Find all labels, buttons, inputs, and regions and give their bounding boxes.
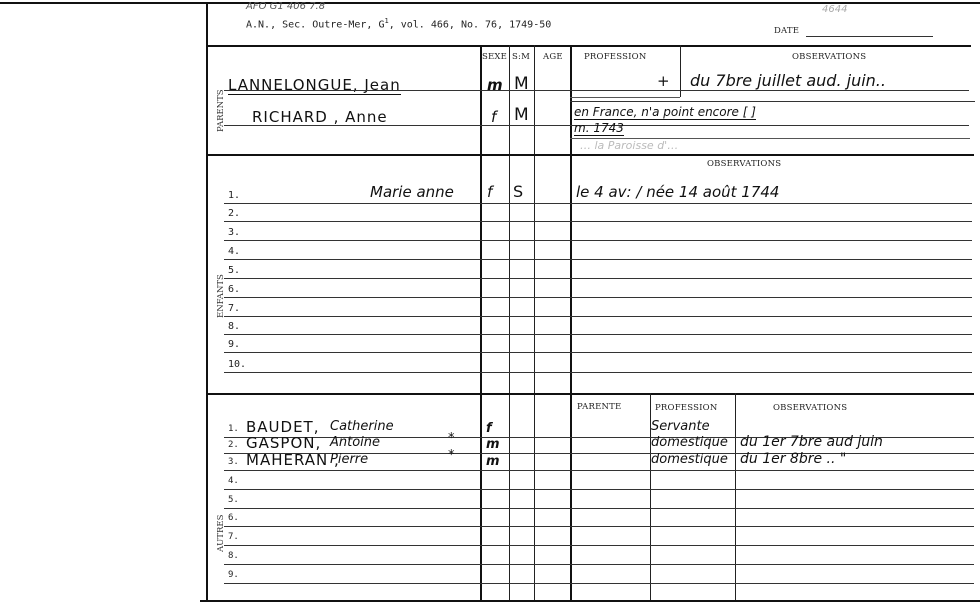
col-header-observations-autres: OBSERVATIONS xyxy=(773,403,847,413)
archive-code: AFO G1 406 7.8 xyxy=(246,1,325,12)
autre-row-rule xyxy=(224,545,974,546)
enfant-observation: le 4 av: / née 14 août 1744 xyxy=(576,183,779,201)
col-header-profession: PROFESSION xyxy=(584,52,646,62)
col-header-sm: S:M xyxy=(512,52,530,62)
col-header-parente: PARENTE xyxy=(577,402,621,412)
form-left-border xyxy=(206,3,208,600)
enfants-autres-divider xyxy=(206,393,974,395)
enfant-row-number: 2. xyxy=(228,208,240,219)
enfant-row-number: 7. xyxy=(228,303,240,314)
enfant-row-number: 5. xyxy=(228,265,240,276)
enfants-observations-header: OBSERVATIONS xyxy=(707,159,781,169)
source-citation: A.N., Sec. Outre-Mer, G1, vol. 466, No. … xyxy=(246,17,551,30)
enfant-row-number: 8. xyxy=(228,321,240,332)
autre-given-name: Antoine xyxy=(330,435,380,450)
autre-row-rule xyxy=(224,489,974,490)
enfant-row-number: 6. xyxy=(228,284,240,295)
source-rest: , vol. 466, No. 76, 1749-50 xyxy=(389,19,552,30)
autre-given-name: Pierre xyxy=(330,452,368,467)
enfant-row-rule xyxy=(224,334,972,335)
col-header-observations: OBSERVATIONS xyxy=(792,52,866,62)
enfant-name: Marie anne xyxy=(370,183,454,201)
autre-sexe: m xyxy=(486,437,500,452)
col-line-name-sexe xyxy=(480,45,482,600)
autre-mark: * xyxy=(448,431,455,446)
parents-enfants-divider xyxy=(206,154,974,156)
enfant-row-rule xyxy=(224,372,972,373)
enfant-sm: S xyxy=(513,182,523,201)
autre-row-number: 8. xyxy=(228,551,239,561)
enfant-row-rule xyxy=(224,352,972,353)
col-line-profession-obs-autres xyxy=(735,393,736,600)
corner-note: 4644 xyxy=(822,4,847,15)
enfant-sexe: f xyxy=(487,183,492,201)
col-header-sexe: SEXE xyxy=(482,52,507,62)
autre-observation: du 1er 7bre aud juin xyxy=(740,434,883,450)
autre-row-number: 9. xyxy=(228,570,239,580)
section-label-autres: AUTRES xyxy=(216,515,226,552)
autre-mark: * xyxy=(448,448,455,463)
enfant-row-rule xyxy=(224,278,972,279)
autre-surname: MAHERAN , xyxy=(246,451,340,469)
father-name: LANNELONGUE, Jean xyxy=(228,76,401,95)
father-sm: M xyxy=(514,74,530,94)
profession-sub-rule xyxy=(570,97,680,98)
col-header-age: AGE xyxy=(543,52,563,62)
father-observation: du 7bre juillet aud. juin.. xyxy=(690,71,886,90)
autre-profession: Servante xyxy=(651,419,710,434)
form-bottom-border xyxy=(200,600,980,602)
autre-row-number: 1. xyxy=(228,424,239,434)
parents-note-2: m. 1743 xyxy=(574,121,624,136)
date-field[interactable] xyxy=(806,36,933,37)
col-line-age-right xyxy=(570,45,572,600)
autre-row-number: 7. xyxy=(228,532,239,542)
parents-note-3: … la Paroisse d'… xyxy=(580,139,678,152)
col-line-sm-age xyxy=(534,45,535,600)
autre-row-number: 5. xyxy=(228,495,239,505)
autre-row-rule xyxy=(224,508,974,509)
autre-sexe: f xyxy=(486,421,492,436)
autre-profession: domestique xyxy=(651,435,728,450)
father-profession-mark: + xyxy=(657,72,670,90)
autre-row-rule xyxy=(224,583,974,584)
parents-note-1: en France, n'a point encore [ ] xyxy=(574,105,756,120)
autre-row-number: 4. xyxy=(228,476,239,486)
father-sexe: m xyxy=(487,76,503,94)
col-header-profession-autres: PROFESSION xyxy=(655,403,717,413)
enfant-row-rule xyxy=(224,221,972,222)
mother-sm: M xyxy=(514,105,530,125)
source-text: A.N., Sec. Outre-Mer, G xyxy=(246,19,384,30)
col-line-sexe-sm xyxy=(509,45,510,600)
parents-row-rule-2 xyxy=(570,101,975,102)
autre-profession: domestique xyxy=(651,452,728,467)
enfant-row-number: 4. xyxy=(228,246,240,257)
enfant-row-number: 9. xyxy=(228,339,240,350)
autre-row-rule xyxy=(224,470,974,471)
autre-observation: du 1er 8bre .. " xyxy=(740,451,846,467)
autre-given-name: Catherine xyxy=(330,419,394,434)
enfant-row-rule xyxy=(224,297,972,298)
autre-row-rule xyxy=(224,564,974,565)
enfant-row-number: 10. xyxy=(228,359,246,370)
autre-sexe: m xyxy=(486,454,500,469)
mother-sexe: f xyxy=(491,108,496,126)
enfant-row-number: 1. xyxy=(228,190,240,201)
header-rule xyxy=(206,45,971,47)
autre-row-rule xyxy=(224,526,974,527)
parents-row-rule-1 xyxy=(224,90,969,91)
autre-row-number: 6. xyxy=(228,513,239,523)
autre-row-number: 3. xyxy=(228,457,239,467)
enfant-row-rule xyxy=(224,316,972,317)
autre-row-number: 2. xyxy=(228,440,239,450)
enfant-row-rule xyxy=(224,259,972,260)
enfant-row-rule xyxy=(224,240,972,241)
enfant-row-rule xyxy=(224,203,972,204)
autre-surname: GASPON, xyxy=(246,434,321,452)
enfant-row-number: 3. xyxy=(228,227,240,238)
mother-name: RICHARD , Anne xyxy=(252,108,388,126)
date-label: DATE xyxy=(774,26,799,36)
